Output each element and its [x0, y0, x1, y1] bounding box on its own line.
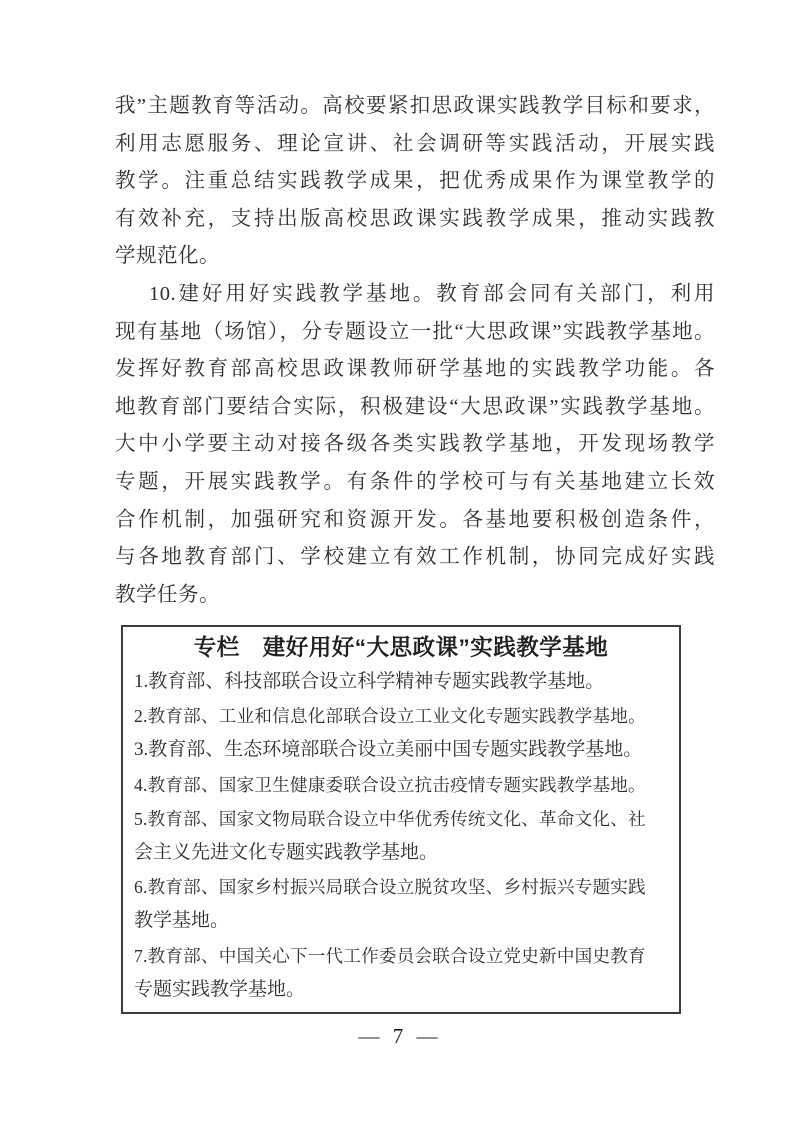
callout-line: 1.教育部、科技部联合设立科学精神专题实践教学基地。	[134, 665, 671, 699]
body-text-line: 学规范化。	[115, 238, 715, 276]
body-text-line: 我”主题教育等活动。高校要紧扣思政课实践教学目标和要求，	[115, 88, 715, 126]
document-page: 我”主题教育等活动。高校要紧扣思政课实践教学目标和要求， 利用志愿服务、理论宣讲…	[0, 0, 800, 1131]
body-text: 我”主题教育等活动。高校要紧扣思政课实践教学目标和要求， 利用志愿服务、理论宣讲…	[115, 88, 715, 614]
callout-title: 专栏 建好用好“大思政课”实践教学基地	[123, 633, 679, 663]
callout-items: 1.教育部、科技部联合设立科学精神专题实践教学基地。 2.教育部、工业和信息化部…	[123, 663, 679, 1007]
body-text-line: 发挥好教育部高校思政课教师研学基地的实践教学功能。各	[115, 351, 715, 389]
body-text-line: 大中小学要主动对接各级各类实践教学基地，开发现场教学	[115, 426, 715, 464]
callout-line: 5.教育部、国家文物局联合设立中华优秀传统文化、革命文化、社	[134, 802, 671, 836]
callout-line: 会主义先进文化专题实践教学基地。	[134, 836, 671, 870]
callout-line: 7.教育部、中国关心下一代工作委员会联合设立党史新中国史教育	[134, 939, 671, 973]
body-text-line: 利用志愿服务、理论宣讲、社会调研等实践活动，开展实践	[115, 126, 715, 164]
body-text-line: 现有基地（场馆），分专题设立一批“大思政课”实践教学基地。	[115, 314, 715, 352]
page-number: — 7 —	[359, 1024, 442, 1049]
callout-line: 4.教育部、国家卫生健康委联合设立抗击疫情专题实践教学基地。	[134, 768, 671, 802]
page-footer: — 7 —	[0, 1024, 800, 1049]
body-text-line: 合作机制，加强研究和资源开发。各基地要积极创造条件，	[115, 502, 715, 540]
body-text-line: 10.建好用好实践教学基地。教育部会同有关部门，利用	[115, 276, 715, 314]
callout-line: 3.教育部、生态环境部联合设立美丽中国专题实践教学基地。	[134, 733, 671, 767]
callout-line: 教学基地。	[134, 904, 671, 938]
body-text-line: 教学。注重总结实践教学成果，把优秀成果作为课堂教学的	[115, 163, 715, 201]
callout-line: 专题实践教学基地。	[134, 973, 671, 1007]
body-text-line: 与各地教育部门、学校建立有效工作机制，协同完成好实践	[115, 539, 715, 577]
body-text-line: 教学任务。	[115, 577, 715, 615]
body-text-line: 有效补充，支持出版高校思政课实践教学成果，推动实践教	[115, 201, 715, 239]
callout-line: 2.教育部、工业和信息化部联合设立工业文化专题实践教学基地。	[134, 699, 671, 733]
callout-line: 6.教育部、国家乡村振兴局联合设立脱贫攻坚、乡村振兴专题实践	[134, 870, 671, 904]
body-text-line: 专题，开展实践教学。有条件的学校可与有关基地建立长效	[115, 464, 715, 502]
callout-box: 专栏 建好用好“大思政课”实践教学基地 1.教育部、科技部联合设立科学精神专题实…	[121, 625, 681, 1014]
body-text-line: 地教育部门要结合实际，积极建设“大思政课”实践教学基地。	[115, 389, 715, 427]
